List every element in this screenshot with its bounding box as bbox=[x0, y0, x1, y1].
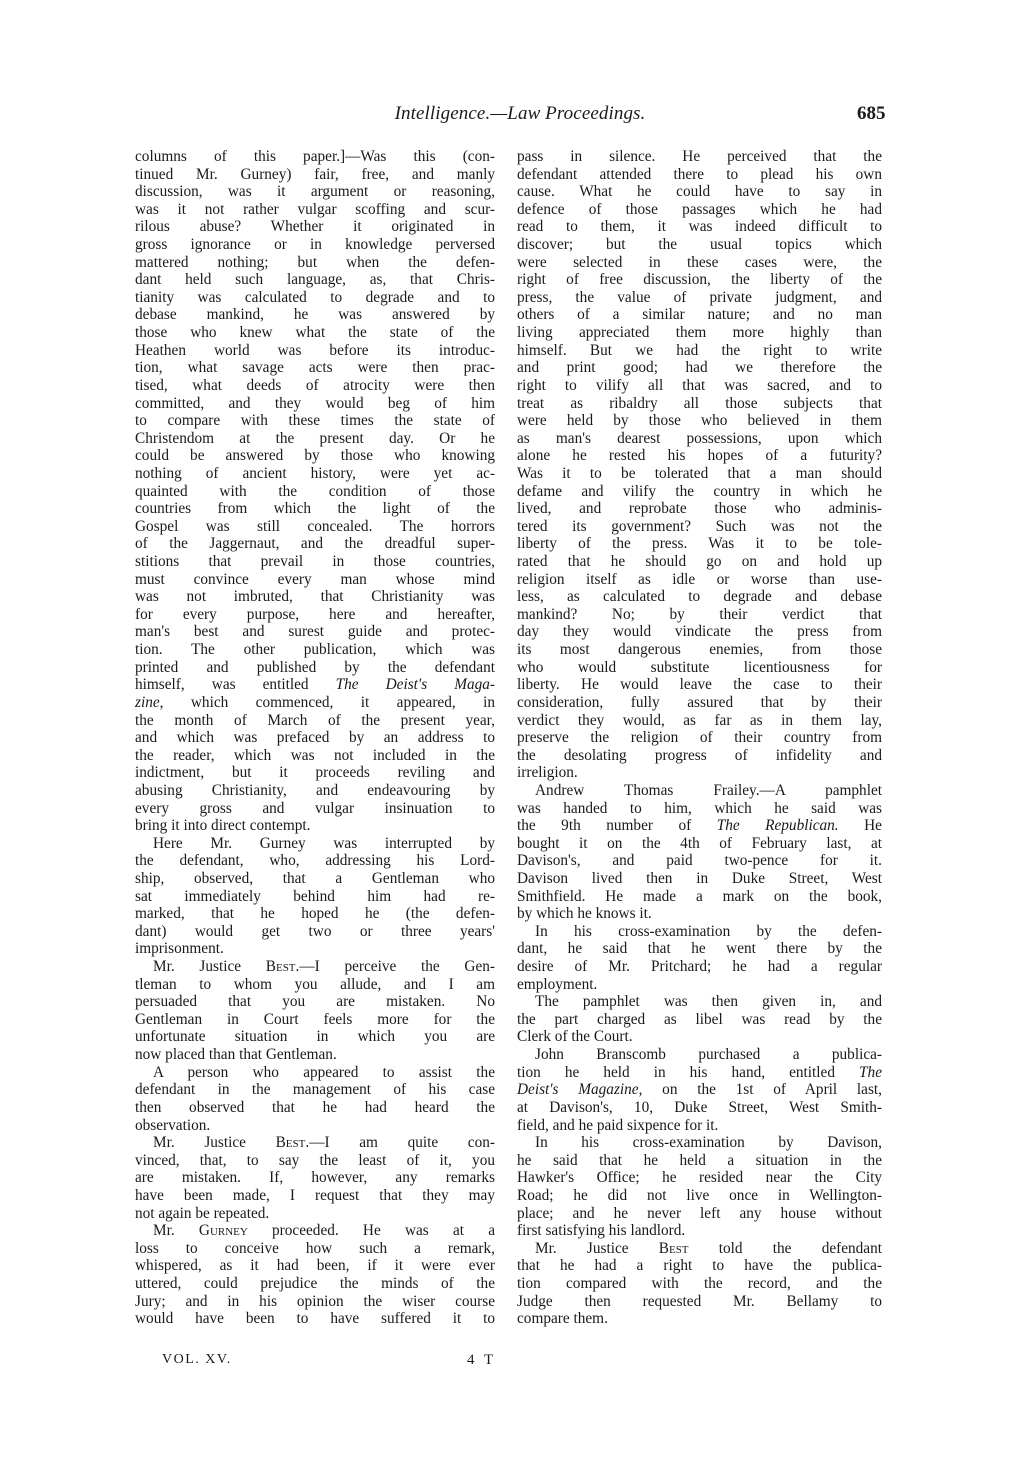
text-line: its most dangerous enemies, from those bbox=[517, 641, 882, 659]
text-line: field, and he paid sixpence for it. bbox=[517, 1117, 882, 1135]
text-line: have been made, I request that they may bbox=[135, 1187, 495, 1205]
text-line: the desolating progress of infidelity an… bbox=[517, 747, 882, 765]
text-line: press, the value of private judgment, an… bbox=[517, 289, 882, 307]
text-line: tion compared with the record, and the bbox=[517, 1275, 882, 1293]
text-line: and which was prefaced by an address to bbox=[135, 729, 495, 747]
text-line: bring it into direct contempt. bbox=[135, 817, 495, 835]
text-line: living appreciated them more highly than bbox=[517, 324, 882, 342]
text-line: desire of Mr. Pritchard; he had a regula… bbox=[517, 958, 882, 976]
text-line: committed, and they would beg of him bbox=[135, 395, 495, 413]
text-line: Judge then requested Mr. Bellamy to bbox=[517, 1293, 882, 1311]
text-line: Clerk of the Court. bbox=[517, 1028, 882, 1046]
text-line: of the Jaggernaut, and the dreadful supe… bbox=[135, 535, 495, 553]
text-line: vinced, that, to say the least of it, yo… bbox=[135, 1152, 495, 1170]
text-line: John Branscomb purchased a publica- bbox=[517, 1046, 882, 1064]
text-line: defendant in the management of his case bbox=[135, 1081, 495, 1099]
text-line: tion, what savage acts were then prac- bbox=[135, 359, 495, 377]
text-line: consideration, fully assured that by the… bbox=[517, 694, 882, 712]
text-line: A person who appeared to assist the bbox=[135, 1064, 495, 1082]
text-line: Hawker's Office; he resided near the Cit… bbox=[517, 1169, 882, 1187]
text-line: whispered, as it had been, if it were ev… bbox=[135, 1257, 495, 1275]
text-line: ship, observed, that a Gentleman who bbox=[135, 870, 495, 888]
text-line: observation. bbox=[135, 1117, 495, 1135]
text-line: could be answered by those who knowing bbox=[135, 447, 495, 465]
text-line: loss to conceive how such a remark, bbox=[135, 1240, 495, 1258]
text-line: less, as calculated to degrade and debas… bbox=[517, 588, 882, 606]
text-line: countries from which the light of the bbox=[135, 500, 495, 518]
footer-signature-mark: 4 T bbox=[467, 1352, 496, 1369]
text-line: Smithfield. He made a mark on the book, bbox=[517, 888, 882, 906]
text-line: debase mankind, he was answered by bbox=[135, 306, 495, 324]
text-line: printed and published by the defendant bbox=[135, 659, 495, 677]
text-line: first satisfying his landlord. bbox=[517, 1222, 882, 1240]
text-line: Heathen world was before its introduc- bbox=[135, 342, 495, 360]
text-line: gross ignorance or in knowledge perverse… bbox=[135, 236, 495, 254]
text-line: bought it on the 4th of February last, a… bbox=[517, 835, 882, 853]
text-line: Road; he did not live once in Wellington… bbox=[517, 1187, 882, 1205]
text-line: to compare with these times the state of bbox=[135, 412, 495, 430]
text-line: were selected in these cases were, the bbox=[517, 254, 882, 272]
text-line: must convince every man whose mind bbox=[135, 571, 495, 589]
text-line: right to vilify all that was sacred, and… bbox=[517, 377, 882, 395]
text-line: defame and vilify the country in which h… bbox=[517, 483, 882, 501]
text-line: tinued Mr. Gurney) fair, free, and manly bbox=[135, 166, 495, 184]
text-line: he said that he held a situation in the bbox=[517, 1152, 882, 1170]
text-line: then observed that he had heard the bbox=[135, 1099, 495, 1117]
text-column-left: columns of this paper.]—Was this (con-ti… bbox=[135, 148, 495, 1328]
text-line: zine, which commenced, it appeared, in bbox=[135, 694, 495, 712]
text-line: cause. What he could have to say in bbox=[517, 183, 882, 201]
text-line: Andrew Thomas Frailey.—A pamphlet bbox=[517, 782, 882, 800]
text-line: Mr. Justice Best.—I am quite con- bbox=[135, 1134, 495, 1152]
text-line: nothing of ancient history, were yet ac- bbox=[135, 465, 495, 483]
text-line: tised, what deeds of atrocity were then bbox=[135, 377, 495, 395]
text-line: that he had a right to have the publica- bbox=[517, 1257, 882, 1275]
text-line: persuaded that you are mistaken. No bbox=[135, 993, 495, 1011]
text-line: abusing Christianity, and endeavouring b… bbox=[135, 782, 495, 800]
text-line: would have been to have suffered it to bbox=[135, 1310, 495, 1328]
text-line: imprisonment. bbox=[135, 940, 495, 958]
text-line: dant, he said that he went there by the bbox=[517, 940, 882, 958]
text-line: were held by those who believed in them bbox=[517, 412, 882, 430]
text-line: alone he rested his hopes of a futurity? bbox=[517, 447, 882, 465]
text-line: discover; but the usual topics which bbox=[517, 236, 882, 254]
text-line: the part charged as libel was read by th… bbox=[517, 1011, 882, 1029]
text-line: uttered, could prejudice the minds of th… bbox=[135, 1275, 495, 1293]
text-line: those who knew what the state of the bbox=[135, 324, 495, 342]
text-line: who would substitute licentiousness for bbox=[517, 659, 882, 677]
text-line: the reader, which was not included in th… bbox=[135, 747, 495, 765]
text-line: treat as ribaldry all those subjects tha… bbox=[517, 395, 882, 413]
footer-volume: VOL. XV. bbox=[162, 1352, 232, 1368]
text-line: tion. The other publication, which was bbox=[135, 641, 495, 659]
text-line: Gentleman in Court feels more for the bbox=[135, 1011, 495, 1029]
text-line: was not imbruted, that Christianity was bbox=[135, 588, 495, 606]
text-line: stitions that prevail in those countries… bbox=[135, 553, 495, 571]
text-line: by which he knows it. bbox=[517, 905, 882, 923]
text-line: liberty. He would leave the case to thei… bbox=[517, 676, 882, 694]
text-line: day they would vindicate the press from bbox=[517, 623, 882, 641]
text-line: Was it to be tolerated that a man should bbox=[517, 465, 882, 483]
text-line: Mr. Justice Best told the defendant bbox=[517, 1240, 882, 1258]
text-column-right: pass in silence. He perceived that thede… bbox=[517, 148, 882, 1328]
text-line: columns of this paper.]—Was this (con- bbox=[135, 148, 495, 166]
text-line: tion he held in his hand, entitled The bbox=[517, 1064, 882, 1082]
text-line: preserve the religion of their country f… bbox=[517, 729, 882, 747]
page-number: 685 bbox=[857, 103, 886, 125]
text-line: every gross and vulgar insinuation to bbox=[135, 800, 495, 818]
text-line: dant held such language, as, that Chris- bbox=[135, 271, 495, 289]
text-line: others of a similar nature; and no man bbox=[517, 306, 882, 324]
text-line: In his cross-examination by the defen- bbox=[517, 923, 882, 941]
text-line: Mr. Justice Best.—I perceive the Gen- bbox=[135, 958, 495, 976]
text-line: liberty of the press. Was it to be tole- bbox=[517, 535, 882, 553]
text-line: Jury; and in his opinion the wiser cours… bbox=[135, 1293, 495, 1311]
text-line: rilous abuse? Whether it originated in bbox=[135, 218, 495, 236]
text-line: now placed than that Gentleman. bbox=[135, 1046, 495, 1064]
text-line: man's best and surest guide and protec- bbox=[135, 623, 495, 641]
text-line: mankind? No; by their verdict that bbox=[517, 606, 882, 624]
text-line: tleman to whom you allude, and I am bbox=[135, 976, 495, 994]
text-line: was handed to him, which he said was bbox=[517, 800, 882, 818]
text-line: unfortunate situation in which you are bbox=[135, 1028, 495, 1046]
text-line: verdict they would, as far as in them la… bbox=[517, 712, 882, 730]
text-line: was it not rather vulgar scoffing and sc… bbox=[135, 201, 495, 219]
text-line: right of free discussion, the liberty of… bbox=[517, 271, 882, 289]
text-line: Here Mr. Gurney was interrupted by bbox=[135, 835, 495, 853]
text-line: lived, and reprobate those who adminis- bbox=[517, 500, 882, 518]
text-line: pass in silence. He perceived that the bbox=[517, 148, 882, 166]
text-line: compare them. bbox=[517, 1310, 882, 1328]
text-line: Christendom at the present day. Or he bbox=[135, 430, 495, 448]
text-line: Mr. Gurney proceeded. He was at a bbox=[135, 1222, 495, 1240]
text-line: himself. But we had the right to write bbox=[517, 342, 882, 360]
text-line: indictment, but it proceeds reviling and bbox=[135, 764, 495, 782]
text-line: The pamphlet was then given in, and bbox=[517, 993, 882, 1011]
text-line: read to them, it was indeed difficult to bbox=[517, 218, 882, 236]
text-line: Davison lived then in Duke Street, West bbox=[517, 870, 882, 888]
text-line: as man's dearest possessions, upon which bbox=[517, 430, 882, 448]
text-line: rated that he should go on and hold up bbox=[517, 553, 882, 571]
text-line: mattered nothing; but when the defen- bbox=[135, 254, 495, 272]
text-line: and print good; had we therefore the bbox=[517, 359, 882, 377]
running-header-title: Intelligence.—Law Proceedings. bbox=[340, 103, 700, 125]
text-line: place; and he never left any house witho… bbox=[517, 1205, 882, 1223]
text-line: In his cross-examination by Davison, bbox=[517, 1134, 882, 1152]
text-line: dant) would get two or three years' bbox=[135, 923, 495, 941]
text-line: discussion, was it argument or reasoning… bbox=[135, 183, 495, 201]
text-line: sat immediately behind him had re- bbox=[135, 888, 495, 906]
text-line: tered its government? Such was not the bbox=[517, 518, 882, 536]
text-line: irreligion. bbox=[517, 764, 882, 782]
text-line: employment. bbox=[517, 976, 882, 994]
text-line: are mistaken. If, however, any remarks bbox=[135, 1169, 495, 1187]
text-line: not again be repeated. bbox=[135, 1205, 495, 1223]
text-line: Davison's, and paid two-pence for it. bbox=[517, 852, 882, 870]
text-line: defence of those passages which he had bbox=[517, 201, 882, 219]
text-line: marked, that he hoped he (the defen- bbox=[135, 905, 495, 923]
text-line: the 9th number of The Republican. He bbox=[517, 817, 882, 835]
text-line: Deist's Magazine, on the 1st of April la… bbox=[517, 1081, 882, 1099]
text-line: Gospel was still concealed. The horrors bbox=[135, 518, 495, 536]
text-line: defendant attended there to plead his ow… bbox=[517, 166, 882, 184]
text-line: at Davison's, 10, Duke Street, West Smit… bbox=[517, 1099, 882, 1117]
text-line: the month of March of the present year, bbox=[135, 712, 495, 730]
text-line: quainted with the condition of those bbox=[135, 483, 495, 501]
text-line: the defendant, who, addressing his Lord- bbox=[135, 852, 495, 870]
text-line: himself, was entitled The Deist's Maga- bbox=[135, 676, 495, 694]
text-line: tianity was calculated to degrade and to bbox=[135, 289, 495, 307]
text-line: for every purpose, here and hereafter, bbox=[135, 606, 495, 624]
text-line: religion itself as idle or worse than us… bbox=[517, 571, 882, 589]
